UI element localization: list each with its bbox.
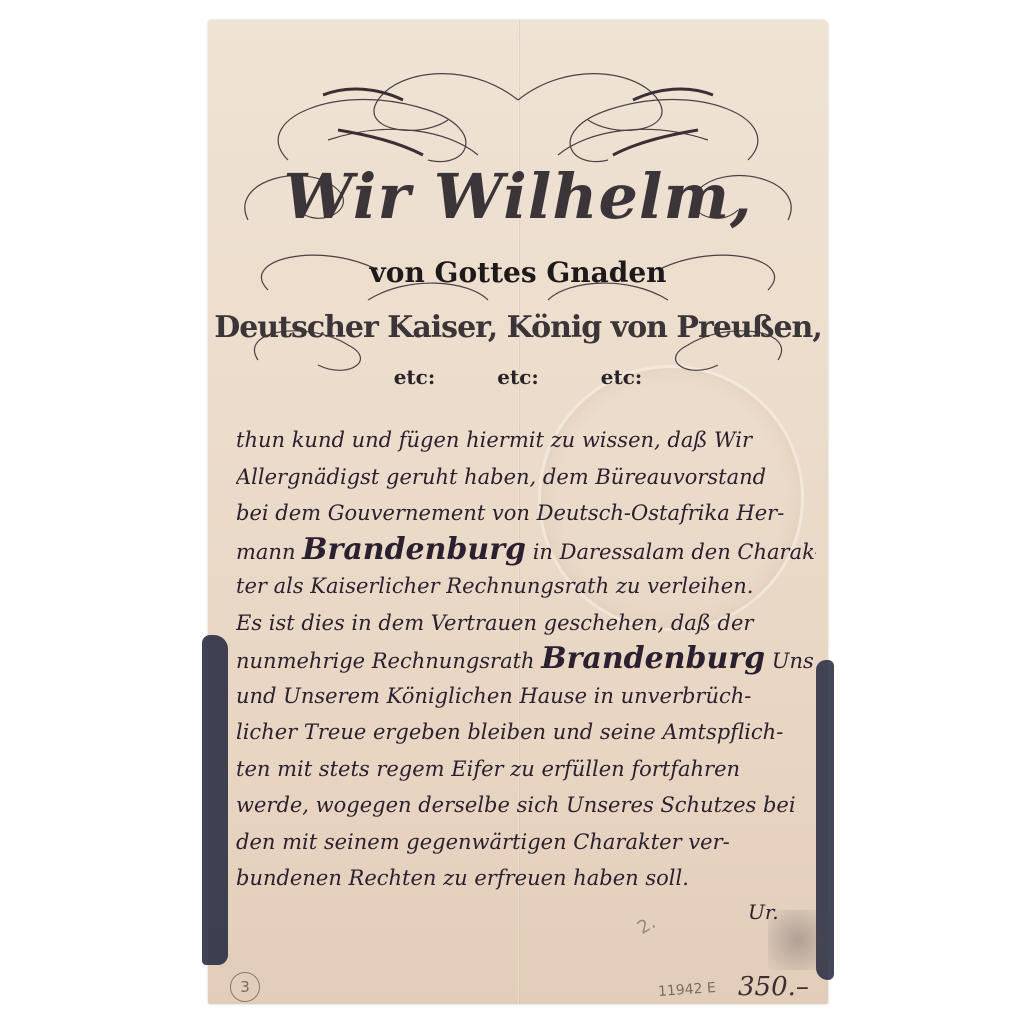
body-line: licher Treue ergeben bleiben und seine A… xyxy=(236,714,816,751)
handwritten-body: thun kund und fügen hiermit zu wissen, d… xyxy=(236,422,816,897)
pencil-annotation: 2. xyxy=(634,912,659,939)
ink-stain-left-edge xyxy=(202,635,228,965)
body-line: nunmehrige Rechnungsrath Brandenburg Uns xyxy=(236,641,816,678)
etc-row: etc: etc: etc: xyxy=(208,365,828,389)
circled-page-number: 3 xyxy=(230,972,260,1002)
recipient-name: Brandenburg xyxy=(541,641,765,676)
body-line: bei dem Gouvernement von Deutsch-Ostafri… xyxy=(236,495,816,532)
body-line: den mit seinem gegenwärtigen Charakter v… xyxy=(236,824,816,861)
heading-main: Wir Wilhelm, xyxy=(208,160,828,233)
heading-divine-grace: von Gottes Gnaden xyxy=(208,256,828,289)
heading-titles: Deutscher Kaiser, König von Preußen, xyxy=(208,310,828,345)
etc-text: etc: xyxy=(394,365,436,389)
body-line: thun kund und fügen hiermit zu wissen, d… xyxy=(236,422,816,459)
body-text-segment: mann xyxy=(236,540,302,564)
body-line: werde, wogegen derselbe sich Unseres Sch… xyxy=(236,787,816,824)
etc-text: etc: xyxy=(601,365,643,389)
ink-smudge xyxy=(768,910,828,970)
recipient-name: Brandenburg xyxy=(302,532,526,567)
body-line: ten mit stets regem Eifer zu erfüllen fo… xyxy=(236,751,816,788)
body-line: mann Brandenburg in Daressalam den Chara… xyxy=(236,532,816,569)
body-text-segment: Uns xyxy=(765,649,814,673)
archive-number: 11942 E xyxy=(658,980,717,1000)
price-annotation: 350.– xyxy=(738,972,809,1002)
document-page: Wir Wilhelm, von Gottes Gnaden Deutscher… xyxy=(208,20,828,1004)
body-text-segment: nunmehrige Rechnungsrath xyxy=(236,649,541,673)
etc-text: etc: xyxy=(497,365,539,389)
body-line: Allergnädigst geruht haben, dem Büreauvo… xyxy=(236,459,816,496)
body-line: ter als Kaiserlicher Rechnungsrath zu ve… xyxy=(236,568,816,605)
body-line: und Unserem Königlichen Hause in unverbr… xyxy=(236,678,816,715)
body-text-segment: in Daressalam den Charak- xyxy=(526,540,816,564)
body-line: Es ist dies in dem Vertrauen geschehen, … xyxy=(236,605,816,642)
body-line: bundenen Rechten zu erfreuen haben soll. xyxy=(236,860,816,897)
